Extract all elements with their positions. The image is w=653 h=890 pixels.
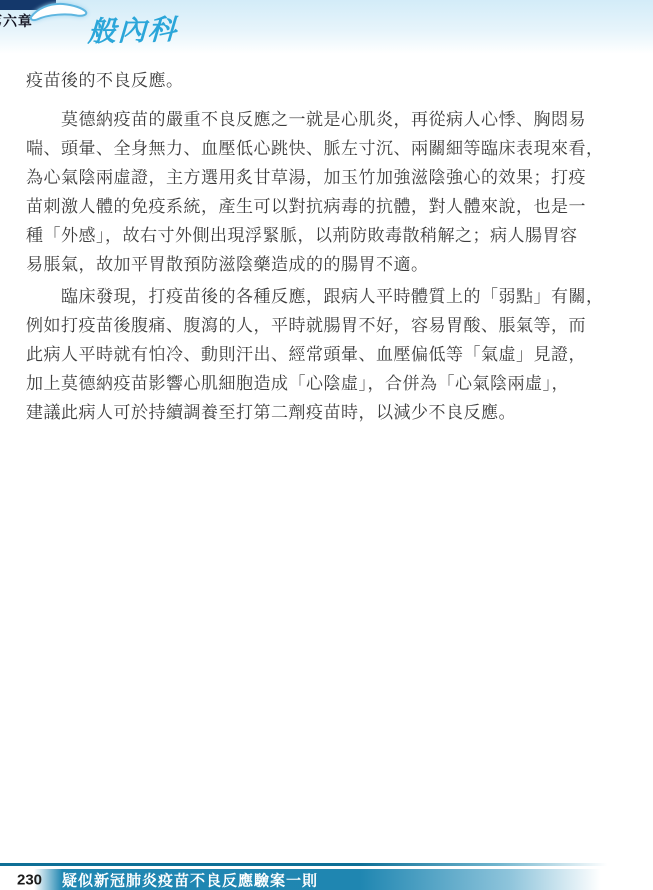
body-text-line: 例如打疫苗後腹痛、腹瀉的人，平時就腸胃不好，容易胃酸、脹氣等，而 (26, 312, 630, 341)
body-text-line: 臨床發現，打疫苗後的各種反應，跟病人平時體質上的「弱點」有關， (26, 283, 630, 312)
body-text-line: 莫德納疫苗的嚴重不良反應之一就是心肌炎，再從病人心悸、胸悶易 (26, 106, 630, 135)
paragraph: 疫苗後的不良反應。 (26, 67, 630, 96)
page-header: 第六章 般內科 (0, 0, 653, 54)
footer-case-title: 疑似新冠肺炎疫苗不良反應驗案一則 (62, 869, 318, 890)
body-text-line: 苗刺激人體的免疫系統，產生可以對抗病毒的抗體，對人體來說，也是一 (26, 193, 630, 222)
body-text-line: 種「外感」，故右寸外側出現浮緊脈，以荊防敗毒散稍解之；病人腸胃容 (26, 222, 630, 251)
page-footer: 230 疑似新冠肺炎疫苗不良反應驗案一則 (0, 863, 653, 890)
body-text-line: 易脹氣，故加平胃散預防滋陰藥造成的的腸胃不適。 (26, 251, 630, 280)
section-title: 般內科 (87, 8, 179, 50)
body-text-line: 為心氣陰兩虛證，主方選用炙甘草湯，加玉竹加強滋陰強心的效果；打疫 (26, 164, 630, 193)
paragraph: 莫德納疫苗的嚴重不良反應之一就是心肌炎，再從病人心悸、胸悶易 喘、頭暈、全身無力… (26, 106, 630, 280)
footer-band: 230 疑似新冠肺炎疫苗不良反應驗案一則 (0, 869, 653, 890)
paragraph: 臨床發現，打疫苗後的各種反應，跟病人平時體質上的「弱點」有關， 例如打疫苗後腹痛… (26, 283, 630, 428)
body-text-line: 加上莫德納疫苗影響心肌細胞造成「心陰虛」，合併為「心氣陰兩虛」， (26, 370, 630, 399)
body-text-line: 建議此病人可於持續調養至打第二劑疫苗時，以減少不良反應。 (26, 399, 630, 428)
page-body: 疫苗後的不良反應。 莫德納疫苗的嚴重不良反應之一就是心肌炎，再從病人心悸、胸悶易… (26, 67, 630, 428)
calligraphy-one-stroke-icon (29, 1, 89, 28)
body-text-line: 此病人平時就有怕冷、動則汗出、經常頭暈、血壓偏低等「氣虛」見證， (26, 341, 630, 370)
page-number: 230 (17, 871, 42, 888)
book-page: 第六章 般內科 疫苗後的不良反應。 莫德納疫苗的嚴重不良反應之一就是心肌炎，再從… (0, 0, 653, 890)
body-text-line: 疫苗後的不良反應。 (26, 67, 630, 96)
body-text-line: 喘、頭暈、全身無力、血壓低心跳快、脈左寸沉、兩關細等臨床表現來看， (26, 135, 630, 164)
footer-rule (0, 863, 653, 866)
